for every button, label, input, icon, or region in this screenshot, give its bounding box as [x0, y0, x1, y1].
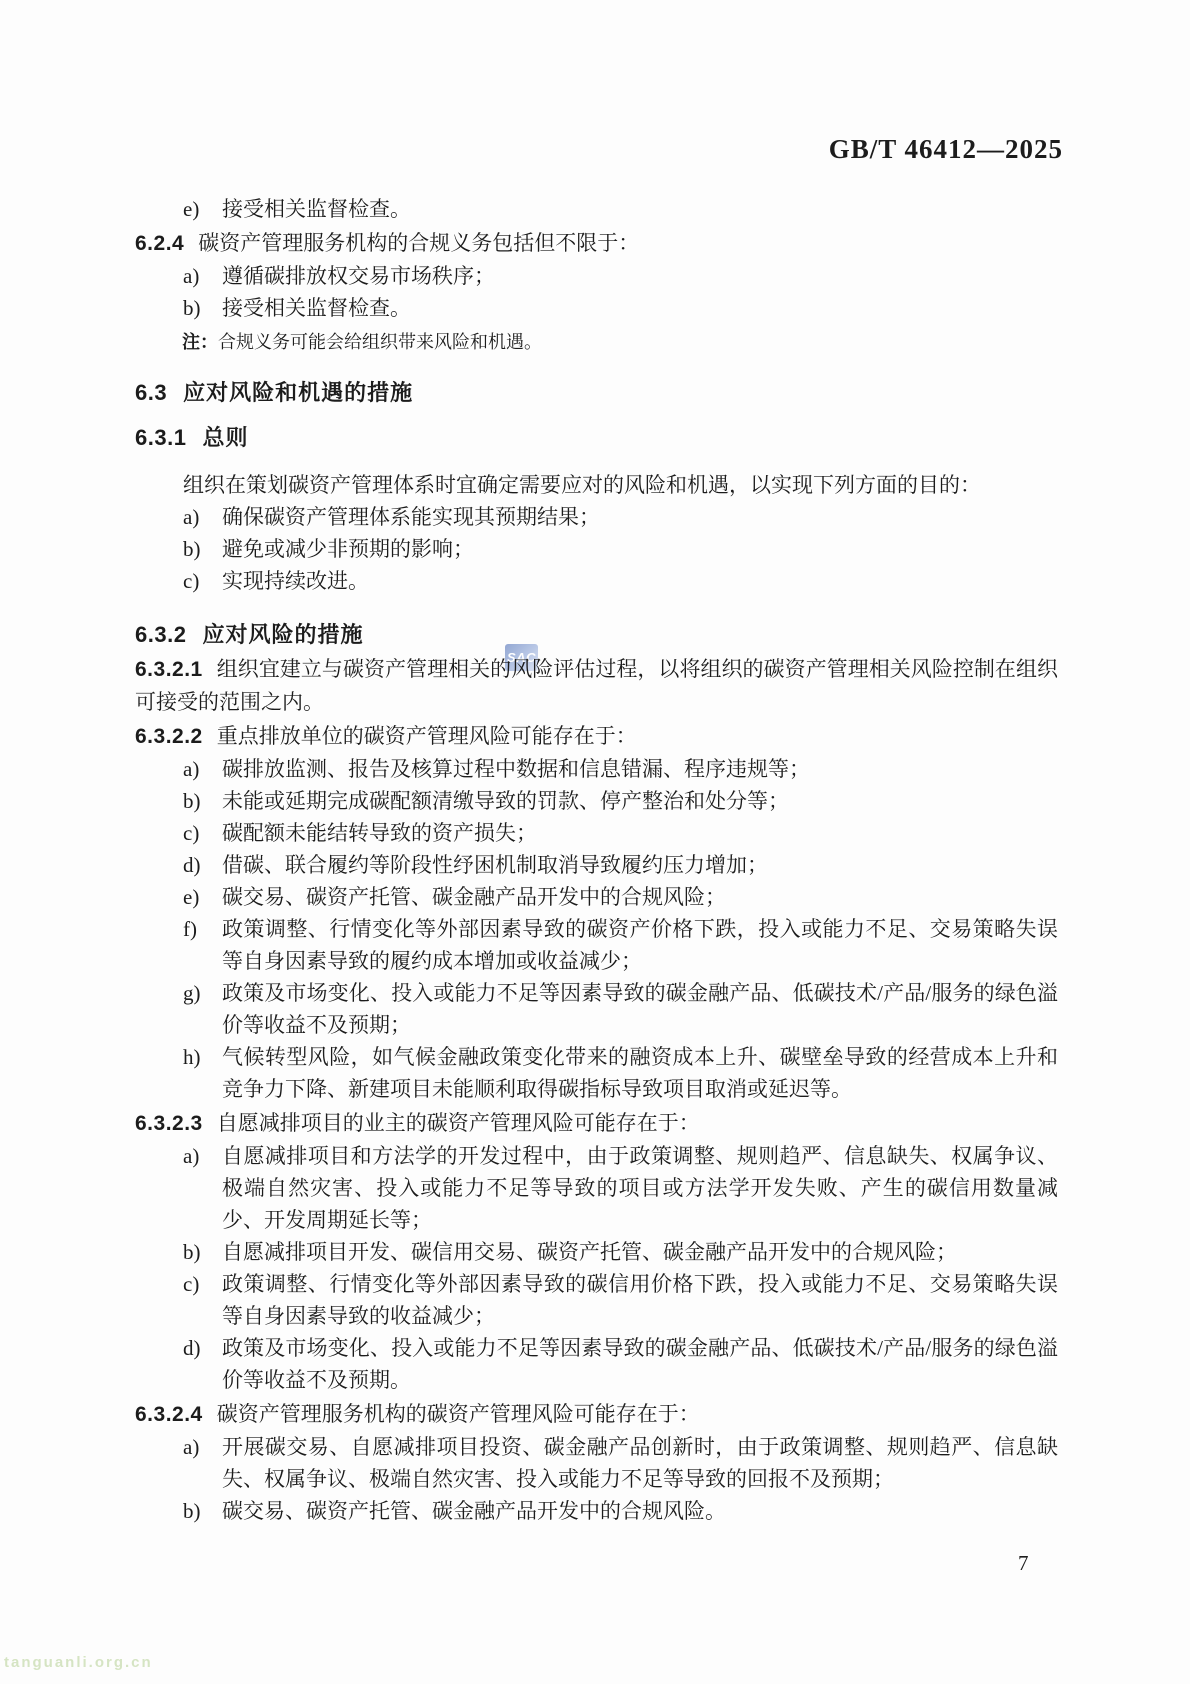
list-item-a: a)自愿减排项目和方法学的开发过程中，由于政策调整、规则趋严、信息缺失、权属争议… [135, 1140, 1058, 1236]
list-item-text: 接受相关监督检查。 [222, 296, 411, 320]
list-item-c: c)政策调整、行情变化等外部因素导致的碳信用价格下跌，投入或能力不足、交易策略失… [135, 1268, 1058, 1332]
clause-6.3.2.2: 6.3.2.2重点排放单位的碳资产管理风险可能存在于： [135, 720, 1058, 753]
clause-6.3.2.4: 6.3.2.4碳资产管理服务机构的碳资产管理风险可能存在于： [135, 1398, 1058, 1431]
list-item-b: b)避免或减少非预期的影响； [135, 533, 1058, 565]
list-item-letter: e) [183, 881, 199, 913]
clause-text: 自愿减排项目的业主的碳资产管理风险可能存在于： [217, 1111, 700, 1135]
clause-text: 重点排放单位的碳资产管理风险可能存在于： [217, 724, 637, 748]
clause-number: 6.3.2.2 [135, 725, 203, 748]
list-item-letter: a) [183, 501, 199, 533]
list-item-e: e)碳交易、碳资产托管、碳金融产品开发中的合规风险； [135, 881, 1058, 913]
list-item-letter: d) [183, 1332, 201, 1364]
list-item-text: 碳交易、碳资产托管、碳金融产品开发中的合规风险。 [222, 1499, 726, 1523]
list-item-b: b)未能或延期完成碳配额清缴导致的罚款、停产整治和处分等； [135, 785, 1058, 817]
clause-number: 6.3.2.3 [135, 1112, 203, 1135]
section-heading-6.3.1: 6.3.1总则 [135, 422, 1058, 454]
list-item-letter: g) [183, 977, 201, 1009]
list-item-letter: b) [183, 785, 201, 817]
list-item-text: 自愿减排项目和方法学的开发过程中，由于政策调整、规则趋严、信息缺失、权属争议、极… [222, 1144, 1058, 1232]
heading-text: 应对风险和机遇的措施 [183, 380, 413, 405]
list-item-letter: b) [183, 533, 201, 565]
list-item-text: 避免或减少非预期的影响； [222, 537, 474, 561]
heading-text: 总则 [202, 425, 248, 450]
list-item-text: 政策调整、行情变化等外部因素导致的碳资产价格下跌，投入或能力不足、交易策略失误等… [222, 917, 1058, 973]
list-item-letter: b) [183, 1236, 201, 1268]
standard-code-header: GB/T 46412—2025 [829, 134, 1063, 165]
list-item-text: 气候转型风险，如气候金融政策变化带来的融资成本上升、碳壁垒导致的经营成本上升和竞… [222, 1045, 1058, 1101]
list-item-b: b)碳交易、碳资产托管、碳金融产品开发中的合规风险。 [135, 1495, 1058, 1527]
list-item-d: d)政策及市场变化、投入或能力不足等因素导致的碳金融产品、低碳技术/产品/服务的… [135, 1332, 1058, 1396]
list-item-letter: a) [183, 1140, 199, 1172]
list-item-text: 未能或延期完成碳配额清缴导致的罚款、停产整治和处分等； [222, 789, 789, 813]
list-item-text: 政策及市场变化、投入或能力不足等因素导致的碳金融产品、低碳技术/产品/服务的绿色… [222, 1336, 1058, 1392]
list-item-letter: c) [183, 565, 199, 597]
note-label: 注： [182, 332, 218, 352]
heading-number: 6.3 [135, 380, 167, 405]
list-item-letter: a) [183, 1431, 199, 1463]
list-item-text: 碳排放监测、报告及核算过程中数据和信息错漏、程序违规等； [222, 757, 810, 781]
list-item-letter: a) [183, 260, 199, 292]
site-watermark: tanguanli.org.cn [4, 1654, 153, 1671]
list-item-text: 确保碳资产管理体系能实现其预期结果； [222, 505, 600, 529]
list-item-text: 接受相关监督检查。 [222, 197, 411, 221]
list-item-letter: d) [183, 849, 201, 881]
clause-6.2.4: 6.2.4碳资产管理服务机构的合规义务包括但不限于： [135, 227, 1058, 260]
section-heading-6.3: 6.3应对风险和机遇的措施 [135, 377, 1058, 409]
section-heading-6.3.2: 6.3.2应对风险的措施 [135, 619, 1058, 651]
list-item-g: g)政策及市场变化、投入或能力不足等因素导致的碳金融产品、低碳技术/产品/服务的… [135, 977, 1058, 1041]
heading-text: 应对风险的措施 [202, 622, 363, 647]
list-item-text: 碳交易、碳资产托管、碳金融产品开发中的合规风险； [222, 885, 726, 909]
note-text: 合规义务可能会给组织带来风险和机遇。 [218, 332, 542, 352]
clause-6.3.2.1: 6.3.2.1组织宜建立与碳资产管理相关的风险评估过程，以将组织的碳资产管理相关… [135, 653, 1058, 718]
list-item-b: b)自愿减排项目开发、碳信用交易、碳资产托管、碳金融产品开发中的合规风险； [135, 1236, 1058, 1268]
list-item-c: c)碳配额未能结转导致的资产损失； [135, 817, 1058, 849]
list-item-b: b)接受相关监督检查。 [135, 292, 1058, 324]
list-item-letter: b) [183, 1495, 201, 1527]
document-body: e)接受相关监督检查。6.2.4碳资产管理服务机构的合规义务包括但不限于：a)遵… [135, 193, 1058, 1527]
list-item-letter: e) [183, 193, 199, 225]
list-item-a: a)遵循碳排放权交易市场秩序； [135, 260, 1058, 292]
list-item-text: 碳配额未能结转导致的资产损失； [222, 821, 537, 845]
list-item-letter: a) [183, 753, 199, 785]
list-item-a: a)碳排放监测、报告及核算过程中数据和信息错漏、程序违规等； [135, 753, 1058, 785]
list-item-letter: b) [183, 292, 201, 324]
list-item-letter: h) [183, 1041, 201, 1073]
heading-number: 6.3.2 [135, 622, 186, 647]
clause-number: 6.2.4 [135, 232, 184, 255]
list-item-letter: f) [183, 913, 197, 945]
clause-number: 6.3.2.1 [135, 658, 203, 681]
paragraph: 组织在策划碳资产管理体系时宜确定需要应对的风险和机遇，以实现下列方面的目的： [135, 469, 1058, 501]
list-item-text: 借碳、联合履约等阶段性纾困机制取消导致履约压力增加； [222, 853, 768, 877]
list-item-letter: c) [183, 1268, 199, 1300]
note-line: 注：合规义务可能会给组织带来风险和机遇。 [135, 327, 1058, 357]
list-item-text: 政策调整、行情变化等外部因素导致的碳信用价格下跌，投入或能力不足、交易策略失误等… [222, 1272, 1058, 1328]
heading-number: 6.3.1 [135, 425, 186, 450]
list-item-c: c)实现持续改进。 [135, 565, 1058, 597]
clause-text: 碳资产管理服务机构的合规义务包括但不限于： [198, 231, 639, 255]
list-item-text: 政策及市场变化、投入或能力不足等因素导致的碳金融产品、低碳技术/产品/服务的绿色… [222, 981, 1058, 1037]
list-item-text: 开展碳交易、自愿减排项目投资、碳金融产品创新时，由于政策调整、规则趋严、信息缺失… [222, 1435, 1058, 1491]
page-number: 7 [1018, 1547, 1029, 1579]
list-item-text: 自愿减排项目开发、碳信用交易、碳资产托管、碳金融产品开发中的合规风险； [222, 1240, 957, 1264]
list-item-f: f)政策调整、行情变化等外部因素导致的碳资产价格下跌，投入或能力不足、交易策略失… [135, 913, 1058, 977]
list-item-a: a)确保碳资产管理体系能实现其预期结果； [135, 501, 1058, 533]
list-item-e: e)接受相关监督检查。 [135, 193, 1058, 225]
list-item-h: h)气候转型风险，如气候金融政策变化带来的融资成本上升、碳壁垒导致的经营成本上升… [135, 1041, 1058, 1105]
list-item-d: d)借碳、联合履约等阶段性纾困机制取消导致履约压力增加； [135, 849, 1058, 881]
list-item-text: 实现持续改进。 [222, 569, 369, 593]
clause-text: 组织宜建立与碳资产管理相关的风险评估过程，以将组织的碳资产管理相关风险控制在组织… [135, 657, 1058, 714]
document-page: GB/T 46412—2025 SAC e)接受相关监督检查。6.2.4碳资产管… [0, 0, 1190, 1684]
clause-number: 6.3.2.4 [135, 1403, 203, 1426]
clause-6.3.2.3: 6.3.2.3自愿减排项目的业主的碳资产管理风险可能存在于： [135, 1107, 1058, 1140]
list-item-text: 遵循碳排放权交易市场秩序； [222, 264, 495, 288]
list-item-letter: c) [183, 817, 199, 849]
list-item-a: a)开展碳交易、自愿减排项目投资、碳金融产品创新时，由于政策调整、规则趋严、信息… [135, 1431, 1058, 1495]
clause-text: 碳资产管理服务机构的碳资产管理风险可能存在于： [217, 1402, 700, 1426]
